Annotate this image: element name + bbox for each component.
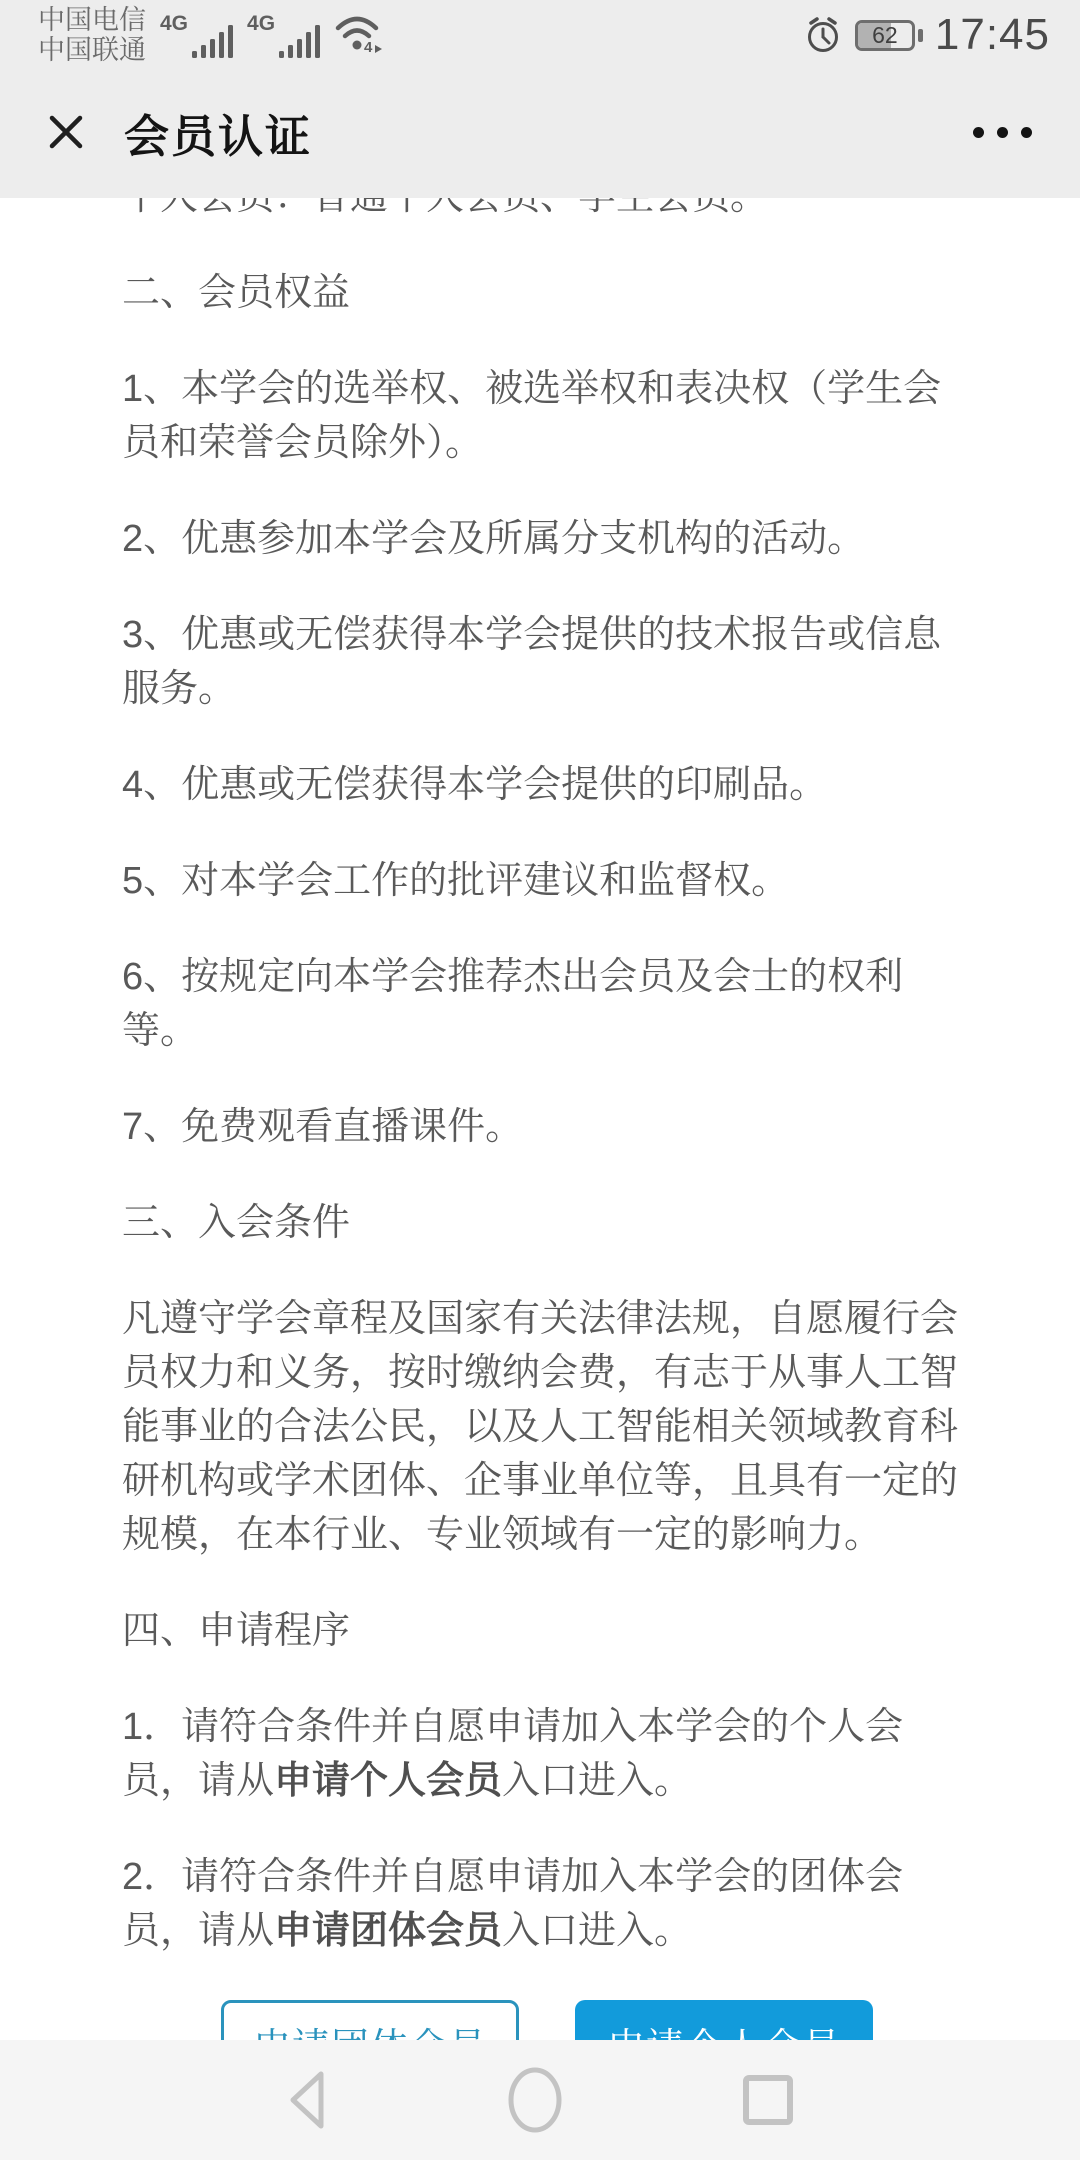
procedure-item: 2．请符合条件并自愿申请加入本学会的团体会员，请从申请团体会员入口进入。 [122, 1850, 972, 1958]
wifi-icon: 4 [334, 12, 386, 56]
article-body: 个人会员：普通个人会员、学生会员。 二、会员权益 1、本学会的选举权、被选举权和… [0, 0, 1080, 2086]
procedure-item-bold: 申请个人会员 [274, 1760, 502, 1802]
page-title: 会员认证 [124, 100, 312, 165]
nav-back-icon[interactable] [285, 2069, 329, 2131]
benefits-heading: 二、会员权益 [122, 266, 972, 320]
battery-percent: 62 [858, 23, 912, 48]
alarm-icon [803, 15, 843, 55]
network-type-1-label: 4G [160, 12, 188, 36]
signal-bars-icon [279, 24, 320, 58]
procedure-item-bold: 申请团体会员 [274, 1910, 502, 1952]
benefit-item: 1、本学会的选举权、被选举权和表决权（学生会员和荣誉会员除外）。 [122, 362, 972, 470]
benefit-item: 3、优惠或无偿获得本学会提供的技术报告或信息服务。 [122, 608, 972, 716]
procedure-item: 1．请符合条件并自愿申请加入本学会的个人会员，请从申请个人会员入口进入。 [122, 1700, 972, 1808]
benefit-item: 6、按规定向本学会推荐杰出会员及会士的权利等。 [122, 950, 972, 1058]
procedure-heading: 四、申请程序 [122, 1604, 972, 1658]
conditions-heading: 三、入会条件 [122, 1196, 972, 1250]
battery-icon: 62 [855, 20, 923, 51]
status-bar-right: 62 17:45 [803, 10, 1050, 60]
procedure-item-text: 入口进入。 [502, 1760, 692, 1802]
benefit-item: 5、对本学会工作的批评建议和监督权。 [122, 854, 972, 908]
battery-nub [918, 29, 923, 42]
nav-recents-icon[interactable] [741, 2073, 795, 2127]
benefit-item: 7、免费观看直播课件。 [122, 1100, 972, 1154]
status-bar: 中国电信 中国联通 4G 4G 4 62 [0, 0, 1080, 66]
conditions-paragraph: 凡遵守学会章程及国家有关法律法规，自愿履行会员权力和义务，按时缴纳会费，有志于从… [122, 1292, 972, 1562]
procedure-item-text: 入口进入。 [502, 1910, 692, 1952]
nav-home-icon[interactable] [505, 2065, 565, 2135]
network-type-2-label: 4G [247, 12, 275, 36]
more-menu-icon[interactable] [973, 127, 1032, 138]
carrier-primary: 中国电信 [38, 5, 146, 35]
benefit-item: 4、优惠或无偿获得本学会提供的印刷品。 [122, 758, 972, 812]
page-header: 会员认证 [0, 66, 1080, 198]
status-time: 17:45 [935, 10, 1050, 60]
carrier-names: 中国电信 中国联通 [38, 5, 146, 65]
signal-bars-icon [192, 24, 233, 58]
svg-text:4: 4 [364, 39, 373, 56]
signal-group-2: 4G [247, 12, 320, 58]
benefit-item: 2、优惠参加本学会及所属分支机构的活动。 [122, 512, 972, 566]
system-nav-bar [0, 2040, 1080, 2160]
signal-group-1: 4G [160, 12, 233, 58]
close-icon[interactable] [44, 110, 88, 154]
carrier-secondary: 中国联通 [38, 35, 146, 65]
